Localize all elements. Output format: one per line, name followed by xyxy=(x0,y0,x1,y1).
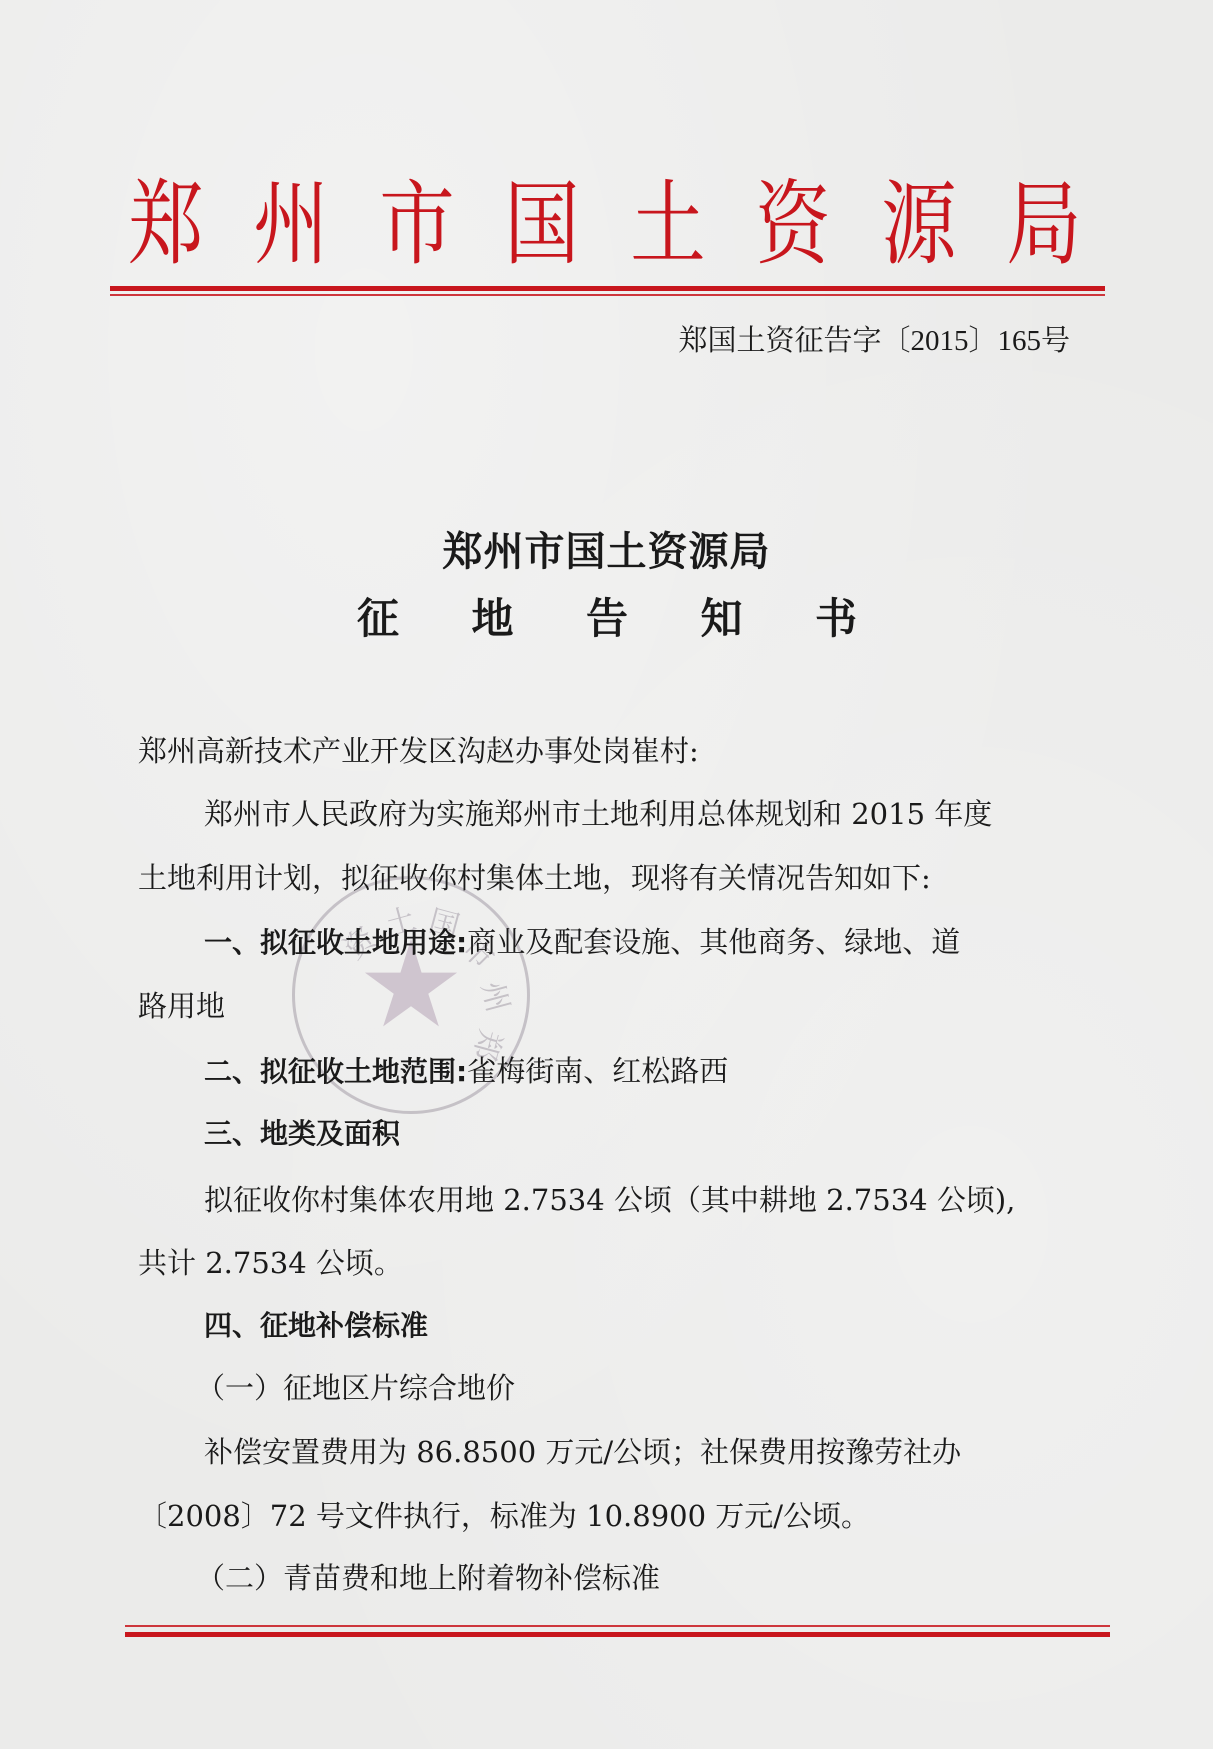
section-1-heading: 一、拟征收土地用途: xyxy=(204,926,467,959)
document-page: 郑 州 市 国 土 资 源 局 郑国土资征告字〔2015〕165号 郑州市国土资… xyxy=(0,0,1213,1749)
section-2: 二、拟征收土地范围:雀梅街南、红松路西 xyxy=(204,1057,728,1086)
intro-line-2: 土地利用计划，拟征收你村集体土地，现将有关情况告知如下: xyxy=(138,864,931,893)
section-3-heading: 三、地类及面积 xyxy=(204,1120,400,1148)
section-3-text-cont: 共计 2.7534 公顷。 xyxy=(138,1249,403,1278)
divider-thick-line xyxy=(125,1632,1110,1637)
document-body: 郑州高新技术产业开发区沟赵办事处岗崔村: 郑州市人民政府为实施郑州市土地利用总体… xyxy=(138,0,1073,1749)
section-2-heading: 二、拟征收土地范围: xyxy=(204,1055,467,1088)
subsection-1-text: 补偿安置费用为 86.8500 万元/公顷；社保费用按豫劳社办 xyxy=(204,1438,961,1467)
section-1-text-cont: 路用地 xyxy=(138,992,225,1021)
section-1-text: 商业及配套设施、其他商务、绿地、道 xyxy=(467,925,960,959)
section-2-text: 雀梅街南、红松路西 xyxy=(467,1054,728,1088)
section-4-heading: 四、征地补偿标准 xyxy=(204,1312,428,1340)
subsection-1-heading: （一）征地区片综合地价 xyxy=(196,1374,515,1403)
section-1: 一、拟征收土地用途:商业及配套设施、其他商务、绿地、道 xyxy=(204,928,960,957)
subsection-2-heading: （二）青苗费和地上附着物补偿标准 xyxy=(196,1564,660,1593)
subsection-1-text-cont: 〔2008〕72 号文件执行，标准为 10.8900 万元/公顷。 xyxy=(138,1502,870,1531)
intro-line-1: 郑州市人民政府为实施郑州市土地利用总体规划和 2015 年度 xyxy=(204,800,1073,829)
addressee: 郑州高新技术产业开发区沟赵办事处岗崔村: xyxy=(138,737,699,766)
divider-thin-line xyxy=(125,1625,1110,1627)
section-3-text: 拟征收你村集体农用地 2.7534 公顷（其中耕地 2.7534 公顷), xyxy=(204,1186,1015,1215)
